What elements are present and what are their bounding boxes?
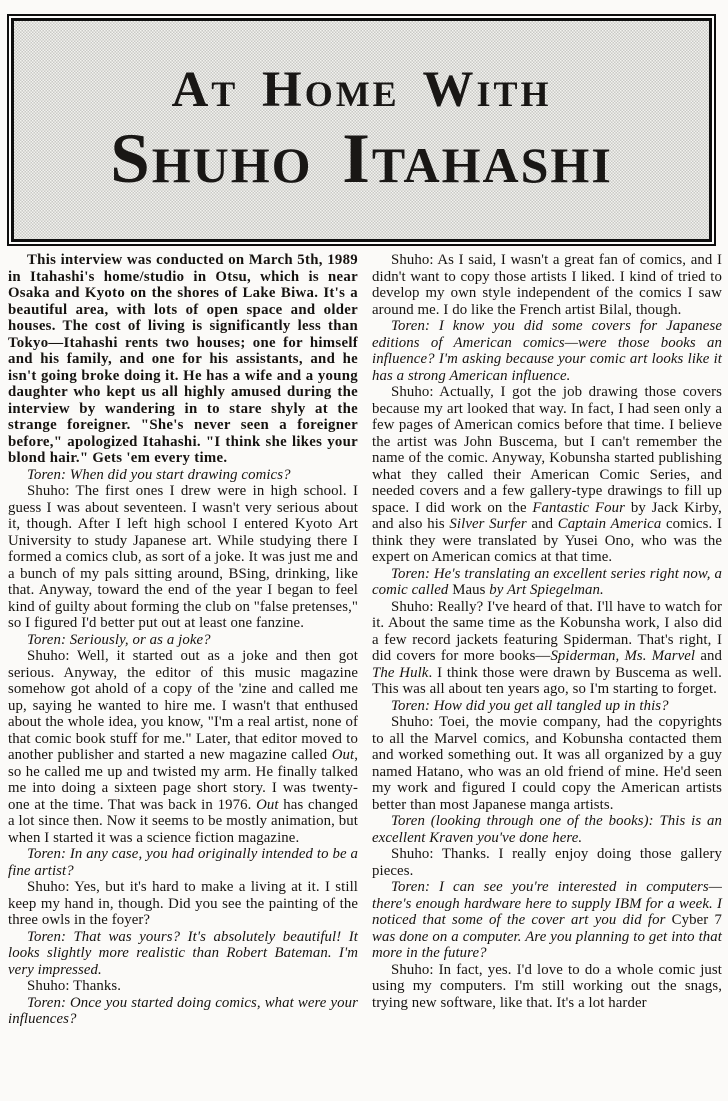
interviewee-paragraph: Shuho: As I said, I wasn't a great fan o… [372, 252, 722, 318]
intro-paragraph: This interview was conducted on March 5t… [8, 252, 358, 467]
text-segment: Shuho: Yes, but it's hard to make a livi… [8, 879, 358, 928]
text-segment: Shuho: Actually, I got the job drawing t… [372, 384, 722, 516]
interviewer-paragraph: Toren: Once you started doing comics, wh… [8, 995, 358, 1028]
interviewee-paragraph: Shuho: Actually, I got the job drawing t… [372, 384, 722, 566]
text-segment: Shuho: Thanks. [27, 978, 121, 994]
article-body: This interview was conducted on March 5t… [8, 252, 722, 1028]
text-segment: Toren: When did you start drawing comics… [27, 467, 291, 483]
text-segment: The Hulk [372, 665, 428, 681]
text-segment: Out [256, 797, 279, 813]
text-segment: Toren: I know you did some covers for Ja… [372, 318, 722, 384]
text-segment: This interview was conducted on March 5t… [8, 252, 358, 466]
interviewer-paragraph: Toren: I know you did some covers for Ja… [372, 318, 722, 384]
text-segment: Toren: That was yours? It's absolutely b… [8, 929, 358, 978]
interviewer-paragraph: Toren: That was yours? It's absolutely b… [8, 929, 358, 979]
text-segment: Spiderman, Ms. Marvel [550, 648, 695, 664]
text-segment: Shuho: The first ones I drew were in hig… [8, 483, 358, 631]
text-segment: Toren: How did you get all tangled up in… [391, 698, 669, 714]
text-segment: by Art Spiegelman. [485, 582, 603, 598]
interviewer-paragraph: Toren (looking through one of the books)… [372, 813, 722, 846]
text-segment: Shuho: Well, it started out as a joke an… [8, 648, 358, 763]
interviewee-paragraph: Shuho: Thanks. I really enjoy doing thos… [372, 846, 722, 879]
text-segment: Toren: I can see you're interested in co… [372, 879, 722, 928]
article-title-line2: Shuho Itahashi [110, 120, 613, 198]
right-column: Shuho: As I said, I wasn't a great fan o… [372, 252, 722, 1028]
text-segment: Cyber 7 [672, 912, 722, 928]
interviewee-paragraph: Shuho: Toei, the movie company, had the … [372, 714, 722, 813]
text-segment: Captain America [558, 516, 662, 532]
interviewer-paragraph: Toren: I can see you're interested in co… [372, 879, 722, 962]
article-header-panel: At Home With Shuho Itahashi [11, 18, 712, 242]
text-segment: Shuho: Toei, the movie company, had the … [372, 714, 722, 813]
text-segment: Silver Surfer [449, 516, 526, 532]
text-segment: Toren (looking through one of the books)… [372, 813, 722, 846]
text-segment: Maus [452, 582, 485, 598]
interviewer-paragraph: Toren: In any case, you had originally i… [8, 846, 358, 879]
text-segment: Shuho: As I said, I wasn't a great fan o… [372, 252, 722, 318]
interviewee-paragraph: Shuho: The first ones I drew were in hig… [8, 483, 358, 632]
text-segment: Toren: Seriously, or as a joke? [27, 632, 211, 648]
text-segment: Out [332, 747, 355, 763]
text-segment: Shuho: Thanks. I really enjoy doing thos… [372, 846, 722, 879]
interviewee-paragraph: Shuho: Well, it started out as a joke an… [8, 648, 358, 846]
article-title-line1: At Home With [171, 62, 551, 118]
text-segment: and [527, 516, 558, 532]
interviewer-paragraph: Toren: Seriously, or as a joke? [8, 632, 358, 649]
text-segment: Toren: In any case, you had originally i… [8, 846, 358, 879]
text-segment: and [695, 648, 722, 664]
left-column: This interview was conducted on March 5t… [8, 252, 358, 1028]
interviewee-paragraph: Shuho: In fact, yes. I'd love to do a wh… [372, 962, 722, 1012]
interviewer-paragraph: Toren: When did you start drawing comics… [8, 467, 358, 484]
text-segment: Fantastic Four [532, 500, 625, 516]
interviewee-paragraph: Shuho: Yes, but it's hard to make a livi… [8, 879, 358, 929]
interviewee-paragraph: Shuho: Really? I've heard of that. I'll … [372, 599, 722, 698]
text-segment: was done on a computer. Are you planning… [372, 929, 722, 962]
text-segment: Shuho: In fact, yes. I'd love to do a wh… [372, 962, 722, 1011]
interviewer-paragraph: Toren: He's translating an excellent ser… [372, 566, 722, 599]
interviewee-paragraph: Shuho: Thanks. [8, 978, 358, 995]
article-header: At Home With Shuho Itahashi [7, 14, 716, 246]
magazine-page: At Home With Shuho Itahashi This intervi… [0, 0, 728, 1101]
interviewer-paragraph: Toren: How did you get all tangled up in… [372, 698, 722, 715]
text-segment: Toren: Once you started doing comics, wh… [8, 995, 358, 1028]
